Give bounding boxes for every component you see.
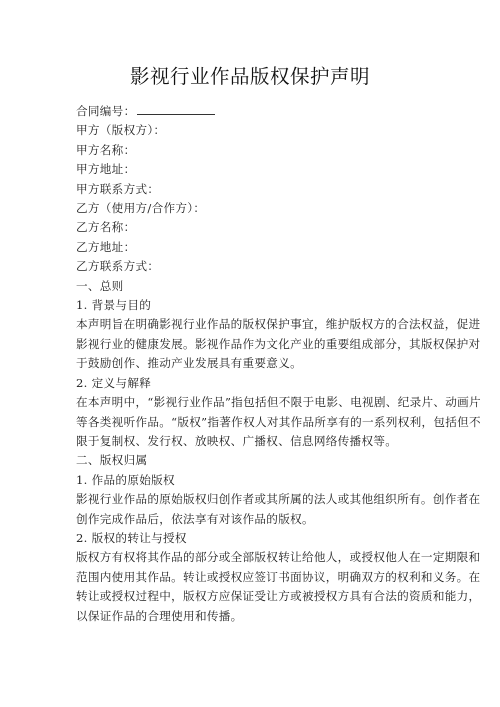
paragraph-line: 创作完成作品后，依法享有对该作品的版权。: [76, 510, 432, 529]
document-title: 影视行业作品版权保护声明: [0, 61, 500, 89]
party-b-address-label: 乙方地址：: [76, 238, 432, 257]
party-b-name-label: 乙方名称：: [76, 218, 432, 237]
subsection-heading-original-copyright: 1. 作品的原始版权: [76, 471, 432, 490]
paragraph-line: 转让或授权过程中，版权方应保证受让方或被授权方具有合法的资质和能力，: [76, 587, 432, 606]
contract-number-label: 合同编号：: [76, 104, 135, 118]
document-body: 合同编号： 甲方（版权方）： 甲方名称： 甲方地址： 甲方联系方式： 乙方（使用…: [76, 102, 432, 626]
paragraph-background: 本声明旨在明确影视行业作品的版权保护事宜，维护版权方的合法权益，促进 影视行业的…: [76, 315, 432, 373]
paragraph-original-copyright: 影视行业作品的原始版权归创作者或其所属的法人或其他组织所有。创作者在 创作完成作…: [76, 490, 432, 529]
paragraph-definitions: 在本声明中，“影视行业作品”指包括但不限于电影、电视剧、纪录片、动画片 等各类视…: [76, 393, 432, 451]
paragraph-line: 在本声明中，“影视行业作品”指包括但不限于电影、电视剧、纪录片、动画片: [76, 393, 432, 412]
subsection-heading-transfer: 2. 版权的转让与授权: [76, 529, 432, 548]
paragraph-line: 于鼓励创作、推动产业发展具有重要意义。: [76, 354, 432, 373]
paragraph-line: 范围内使用其作品。转让或授权应签订书面协议，明确双方的权利和义务。在: [76, 568, 432, 587]
paragraph-line: 影视行业作品的原始版权归创作者或其所属的法人或其他组织所有。创作者在: [76, 490, 432, 509]
contract-number-field: 合同编号：: [76, 102, 432, 121]
party-a-contact-label: 甲方联系方式：: [76, 180, 432, 199]
section-heading-ownership: 二、版权归属: [76, 451, 432, 470]
party-b-contact-label: 乙方联系方式：: [76, 257, 432, 276]
paragraph-line: 等各类视听作品。“版权”指著作权人对其作品所享有的一系列权利，包括但不: [76, 413, 432, 432]
contract-number-blank: [137, 104, 215, 115]
paragraph-line: 以保证作品的合理使用和传播。: [76, 607, 432, 626]
section-heading-general: 一、总则: [76, 277, 432, 296]
paragraph-line: 限于复制权、发行权、放映权、广播权、信息网络传播权等。: [76, 432, 432, 451]
party-a-name-label: 甲方名称：: [76, 141, 432, 160]
party-a-address-label: 甲方地址：: [76, 160, 432, 179]
subsection-heading-definitions: 2. 定义与解释: [76, 374, 432, 393]
paragraph-line: 本声明旨在明确影视行业作品的版权保护事宜，维护版权方的合法权益，促进: [76, 315, 432, 334]
party-b-heading: 乙方（使用方/合作方）：: [76, 199, 432, 218]
paragraph-transfer: 版权方有权将其作品的部分或全部版权转让给他人，或授权他人在一定期限和 范围内使用…: [76, 548, 432, 626]
document-page: 影视行业作品版权保护声明 合同编号： 甲方（版权方）： 甲方名称： 甲方地址： …: [0, 0, 500, 707]
party-a-heading: 甲方（版权方）：: [76, 121, 432, 140]
paragraph-line: 影视行业的健康发展。影视作品作为文化产业的重要组成部分，其版权保护对: [76, 335, 432, 354]
paragraph-line: 版权方有权将其作品的部分或全部版权转让给他人，或授权他人在一定期限和: [76, 548, 432, 567]
subsection-heading-background: 1. 背景与目的: [76, 296, 432, 315]
